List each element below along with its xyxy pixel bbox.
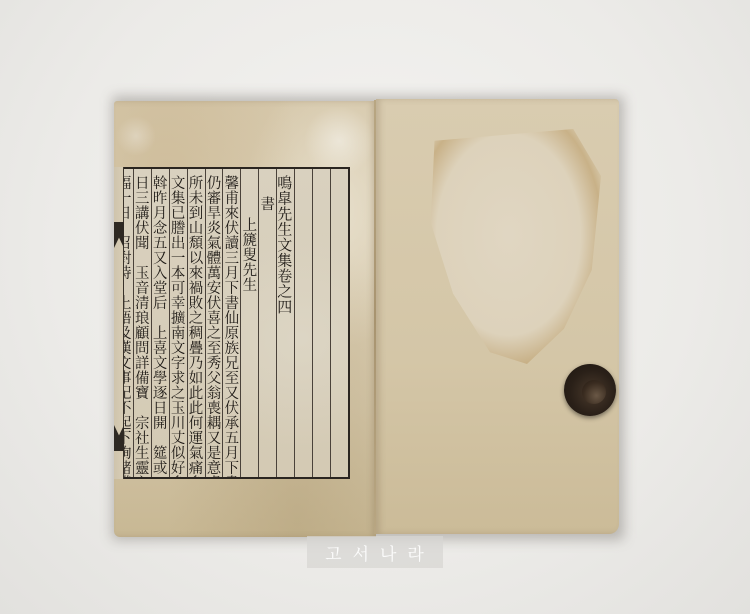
photo-scene: 鳴皐先生文集卷之四 書 上篪叟先生 馨甫來伏讀三月下書仙原族兄至又伏承五月下書 … bbox=[0, 0, 750, 614]
water-stain-top bbox=[304, 106, 374, 176]
text-column: 日三講伏聞 玉音清琅顧問詳備寶 宗社生靈之 bbox=[133, 169, 151, 477]
clasp-button-icon bbox=[564, 364, 616, 416]
letter-recipient-column: 上篪叟先生 bbox=[240, 169, 258, 477]
blank-column bbox=[312, 169, 330, 477]
text-column: 馨甫來伏讀三月下書仙原族兄至又伏承五月下書 bbox=[222, 169, 240, 477]
text-column: 文集已謄出一本可幸擴南文字求之玉川丈似好矣 bbox=[169, 169, 187, 477]
clasp-knob bbox=[582, 380, 606, 404]
watermark: 고서나라 bbox=[307, 536, 443, 568]
volume-title-column: 鳴皐先生文集卷之四 bbox=[276, 169, 294, 477]
text-column: 所未到山頹以來禍敗之稠疊乃如此此何運氣痛矣 bbox=[187, 169, 205, 477]
blank-column bbox=[330, 169, 348, 477]
blank-column bbox=[294, 169, 312, 477]
stain-corner bbox=[116, 116, 156, 156]
text-column: 斡昨月念五又入堂后 上喜文學逐日開 筵或一 bbox=[151, 169, 169, 477]
section-heading-column: 書 bbox=[258, 169, 276, 477]
water-stain bbox=[416, 129, 601, 364]
right-page bbox=[376, 99, 619, 534]
text-column: 仍審旱炎氣體萬安伏喜之至秀父翁喪耦又是意慮之 bbox=[205, 169, 223, 477]
printed-text-block: 鳴皐先生文集卷之四 書 上篪叟先生 馨甫來伏讀三月下書仙原族兄至又伏承五月下書 … bbox=[114, 167, 350, 479]
